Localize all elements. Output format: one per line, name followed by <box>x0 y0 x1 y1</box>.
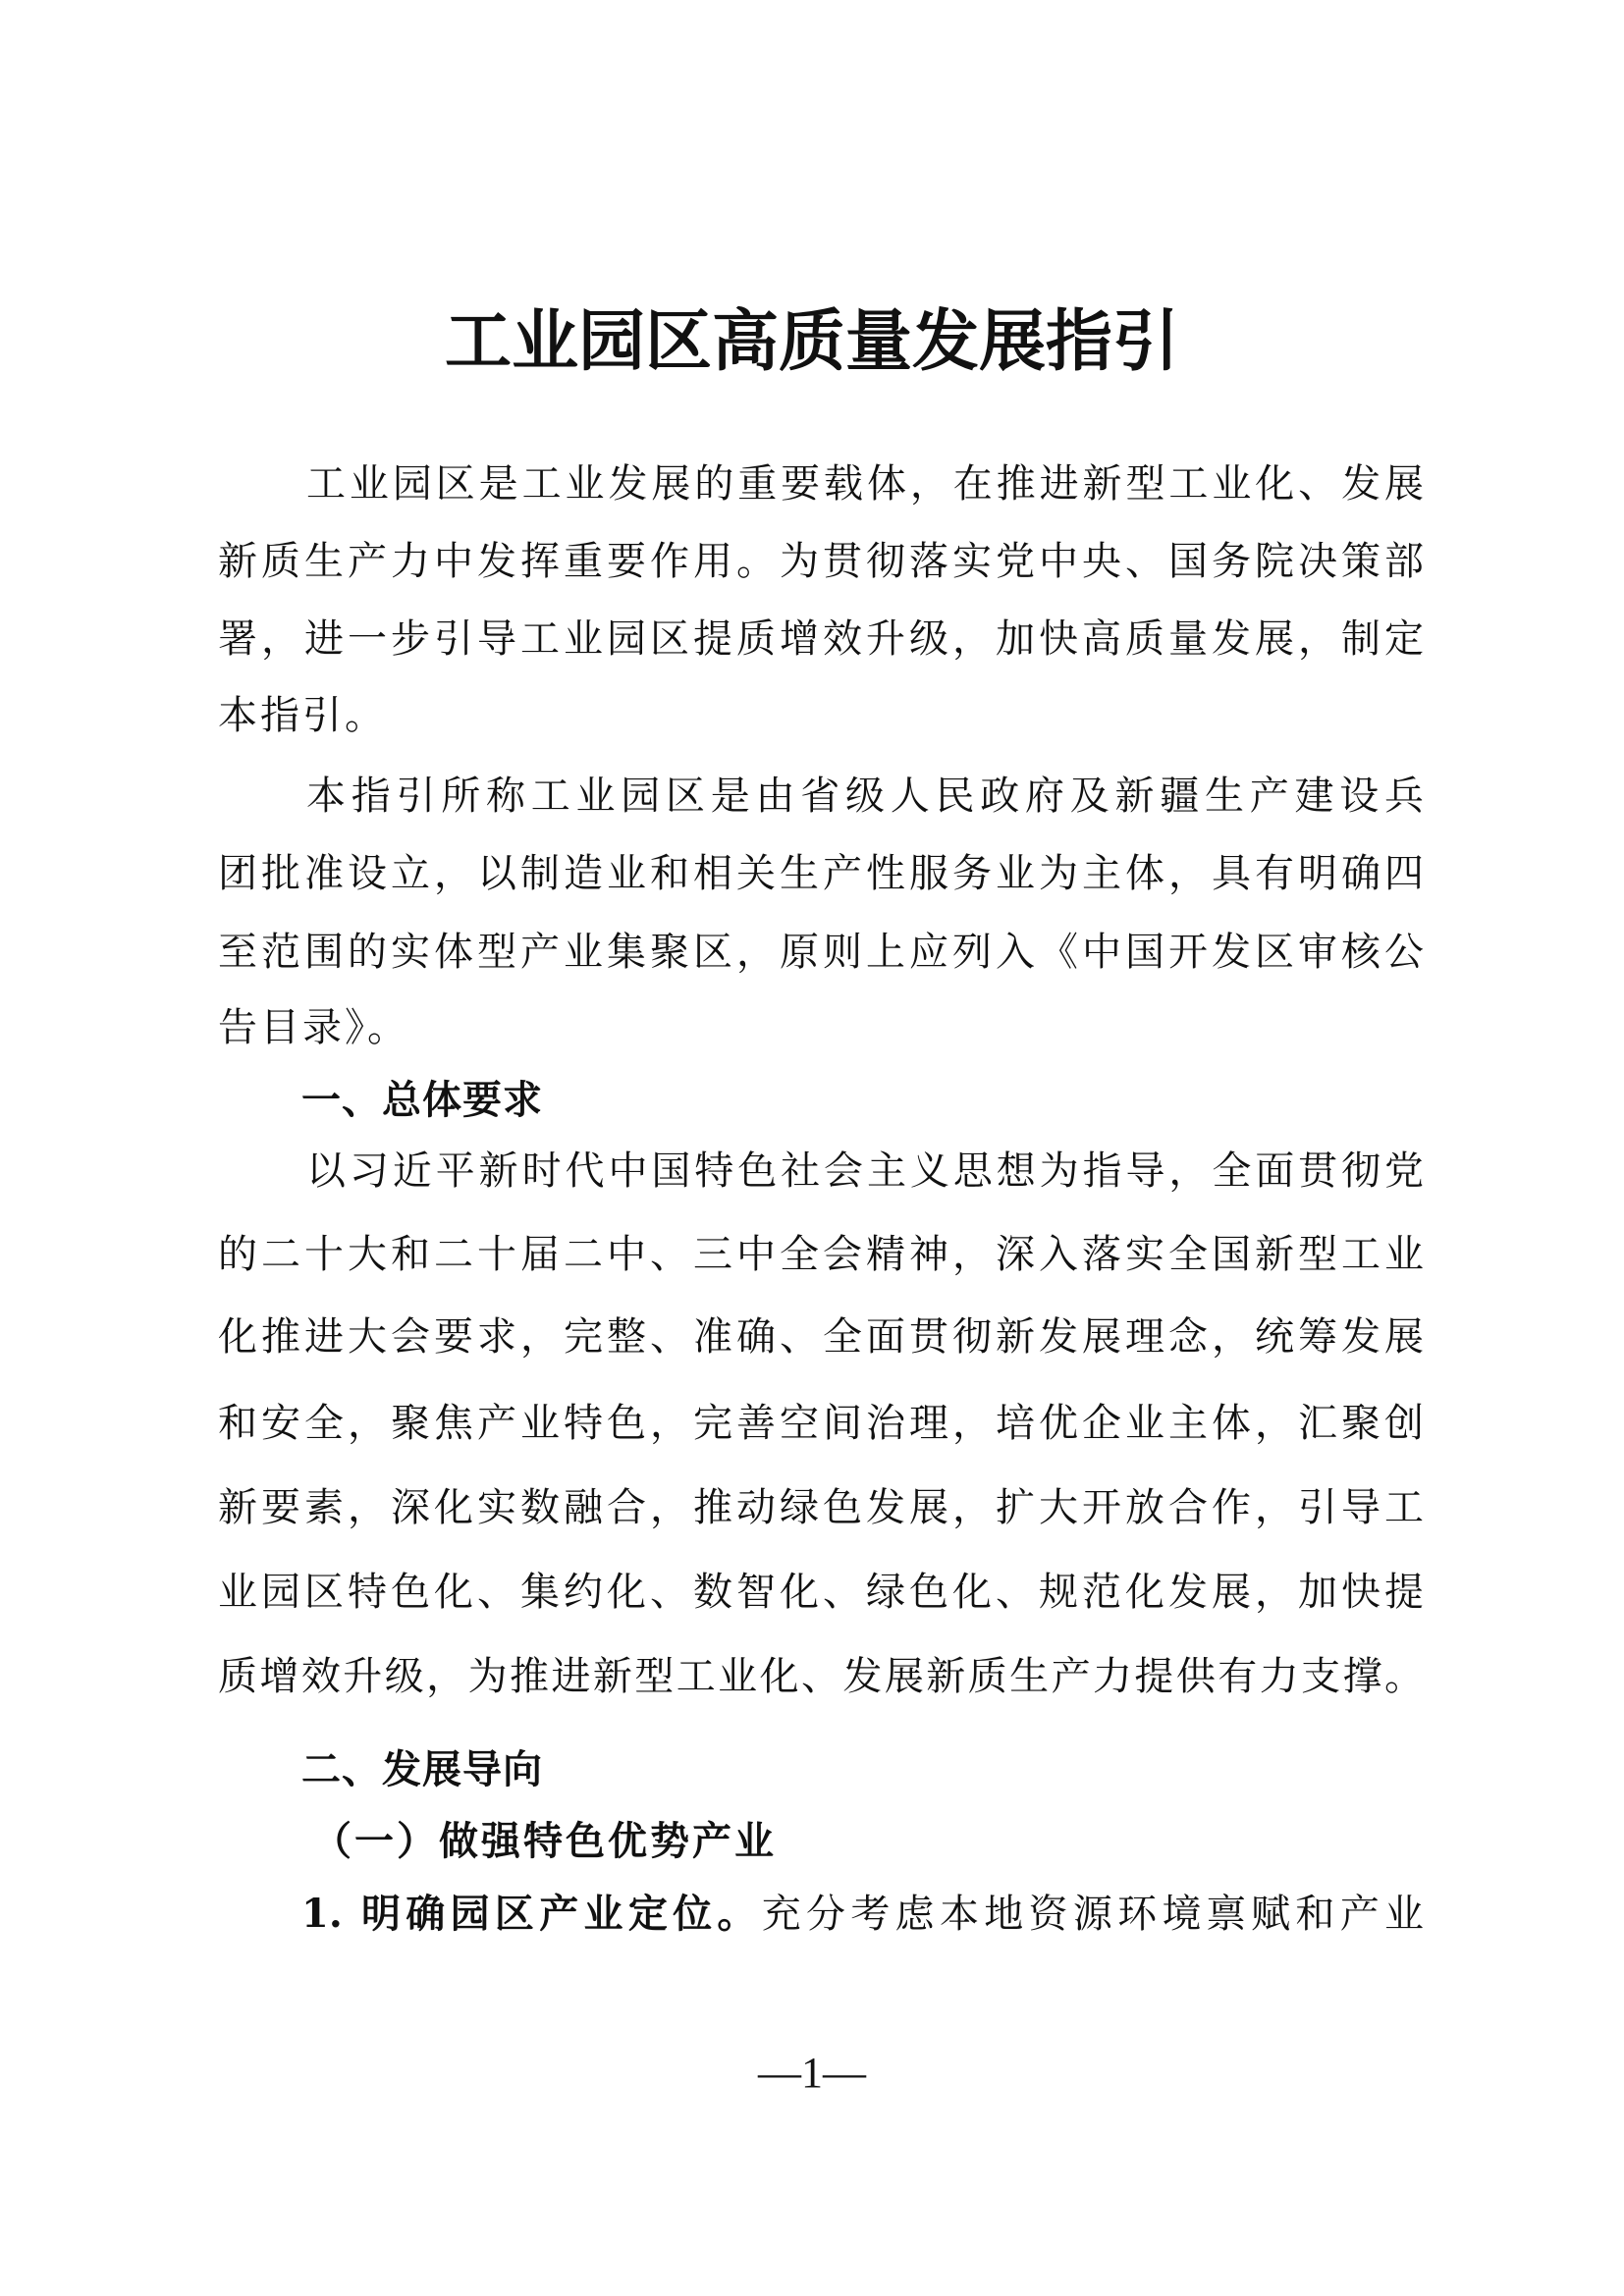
section-2-item-1: 1. 明确园区产业定位。充分考虑本地资源环境禀赋和产业 <box>301 1889 1424 1940</box>
section-1-line-4: 和安全，聚焦产业特色，完善空间治理，培优企业主体，汇聚创 <box>218 1398 1424 1449</box>
section-2-subheading: （一）做强特色优势产业 <box>312 1816 777 1867</box>
paragraph-2-line-3: 至范围的实体型产业集聚区，原则上应列入《中国开发区审核公 <box>218 927 1424 978</box>
item-1-label: 1. 明确园区产业定位。 <box>301 1891 762 1937</box>
section-1-line-7: 质增效升级，为推进新型工业化、发展新质生产力提供有力支撑。 <box>218 1651 1424 1702</box>
document-page: 工业园区高质量发展指引 工业园区是工业发展的重要载体，在推进新型工业化、发展 新… <box>0 0 1624 2296</box>
page-number: —1— <box>0 2050 1624 2097</box>
paragraph-1-line-1: 工业园区是工业发展的重要载体，在推进新型工业化、发展 <box>306 458 1424 509</box>
paragraph-2-line-2: 团批准设立，以制造业和相关生产性服务业为主体，具有明确四 <box>218 848 1424 899</box>
section-1-line-6: 业园区特色化、集约化、数智化、绿色化、规范化发展，加快提 <box>218 1567 1424 1618</box>
section-2-heading: 二、发展导向 <box>301 1744 543 1795</box>
paragraph-1-line-2: 新质生产力中发挥重要作用。为贯彻落实党中央、国务院决策部 <box>218 536 1424 587</box>
section-1-heading: 一、总体要求 <box>301 1075 543 1126</box>
section-1-line-1: 以习近平新时代中国特色社会主义思想为指导，全面贯彻党 <box>306 1146 1424 1197</box>
item-1-text: 充分考虑本地资源环境禀赋和产业 <box>762 1892 1424 1937</box>
section-1-line-2: 的二十大和二十届二中、三中全会精神，深入落实全国新型工业 <box>218 1229 1424 1280</box>
section-1-line-5: 新要素，深化实数融合，推动绿色发展，扩大开放合作，引导工 <box>218 1482 1424 1533</box>
paragraph-1-line-4: 本指引。 <box>218 690 387 741</box>
document-title: 工业园区高质量发展指引 <box>0 294 1624 389</box>
paragraph-2-line-1: 本指引所称工业园区是由省级人民政府及新疆生产建设兵 <box>306 771 1424 822</box>
paragraph-2-line-4: 告目录》。 <box>218 1002 409 1053</box>
paragraph-1-line-3: 署，进一步引导工业园区提质增效升级，加快高质量发展，制定 <box>218 614 1424 665</box>
section-1-line-3: 化推进大会要求，完整、准确、全面贯彻新发展理念，统筹发展 <box>218 1311 1424 1362</box>
